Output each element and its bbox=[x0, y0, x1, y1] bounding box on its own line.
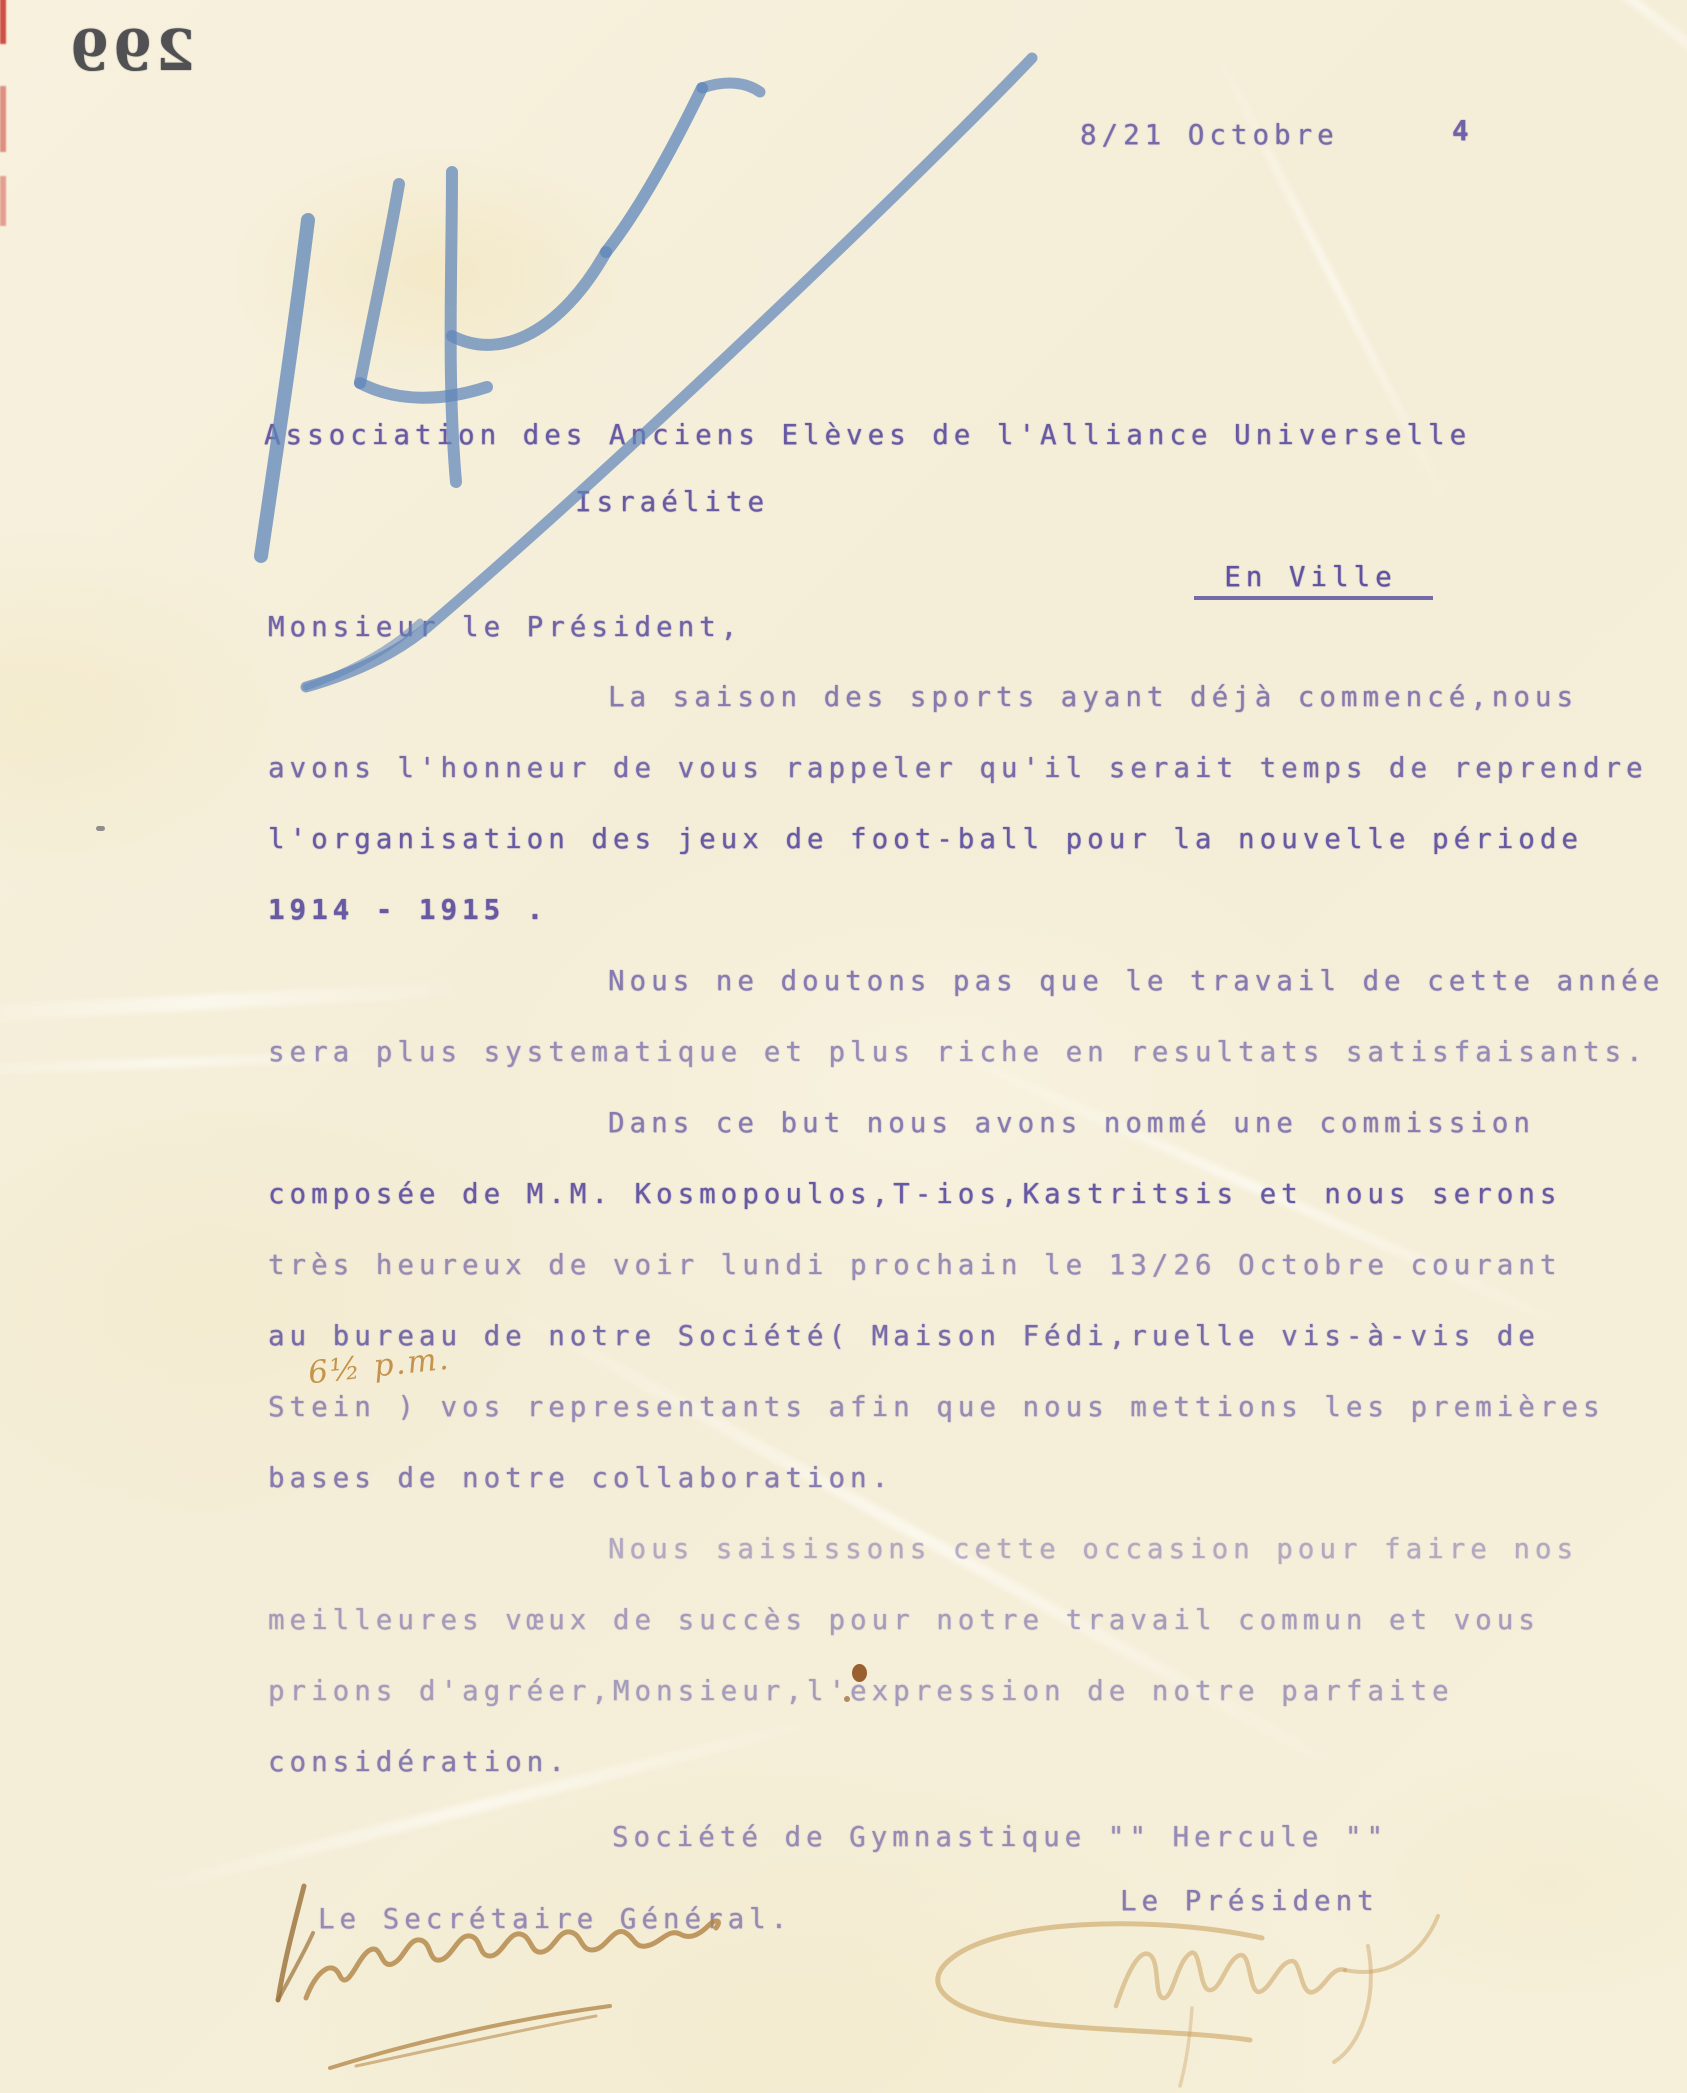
body-line: avons l'honneur de vous rappeler qu'il s… bbox=[268, 733, 1664, 804]
scan-edge-mark bbox=[0, 86, 6, 152]
pencil-slash bbox=[306, 58, 1032, 687]
salutation: Monsieur le Président, bbox=[268, 610, 742, 644]
body-line: Nous ne doutons pas que le travail de ce… bbox=[268, 946, 1664, 1017]
closing-left-title: Le Secrétaire Général. bbox=[318, 1902, 792, 1936]
body-line: au bureau de notre Société( Maison Fédi,… bbox=[268, 1301, 1664, 1372]
secretary-signature-prefix bbox=[278, 1886, 313, 2000]
body-line: très heureux de voir lundi prochain le 1… bbox=[268, 1230, 1664, 1301]
place-line: En Ville bbox=[1108, 526, 1433, 628]
date-line: 8/21 Octobre bbox=[1080, 118, 1339, 152]
place-underlined: En Ville bbox=[1194, 561, 1432, 600]
ink-blot bbox=[844, 1696, 850, 1702]
president-signature bbox=[938, 1916, 1438, 2086]
body-line: Nous saisissons cette occasion pour fair… bbox=[268, 1514, 1664, 1585]
closing-organization: Société de Gymnastique "" Hercule "" bbox=[612, 1820, 1388, 1854]
paper-crease bbox=[1345, 0, 1687, 176]
recipient-line1: Association des Anciens Elèves de l'Alli… bbox=[264, 418, 1471, 452]
body-line: composée de M.M. Kosmopoulos,T-ios,Kastr… bbox=[268, 1159, 1664, 1230]
scan-edge-mark bbox=[0, 0, 6, 44]
body-line: prions d'agréer,Monsieur,l'expression de… bbox=[268, 1656, 1664, 1727]
secretary-signature bbox=[306, 1921, 718, 2068]
ink-speck bbox=[96, 826, 105, 831]
letter-body: La saison des sports ayant déjà commencé… bbox=[268, 662, 1664, 1798]
scanned-letter-page: 299 8/21 Octobre 4 Association des Ancie… bbox=[0, 0, 1687, 2093]
recipient-line2: Israélite bbox=[575, 485, 769, 519]
scan-edge-mark bbox=[0, 176, 6, 226]
body-line: l'organisation des jeux de foot-ball pou… bbox=[268, 804, 1664, 875]
body-line: Dans ce but nous avons nommé une commiss… bbox=[268, 1088, 1664, 1159]
ink-blot bbox=[852, 1664, 867, 1682]
closing-right-title: Le Président bbox=[1120, 1884, 1379, 1918]
body-line: 1914 - 1915 . bbox=[268, 875, 1664, 946]
body-line: sera plus systematique et plus riche en … bbox=[268, 1017, 1664, 1088]
body-line: Stein ) vos representants afin que nous … bbox=[268, 1372, 1664, 1443]
date-year-digit: 4 bbox=[1452, 114, 1474, 148]
body-line: bases de notre collaboration. bbox=[268, 1443, 1664, 1514]
body-line: considération. bbox=[268, 1727, 1664, 1798]
archive-number-stamp: 299 bbox=[66, 18, 195, 84]
body-line: meilleures vœux de succès pour notre tra… bbox=[268, 1585, 1664, 1656]
body-line: La saison des sports ayant déjà commencé… bbox=[268, 662, 1664, 733]
